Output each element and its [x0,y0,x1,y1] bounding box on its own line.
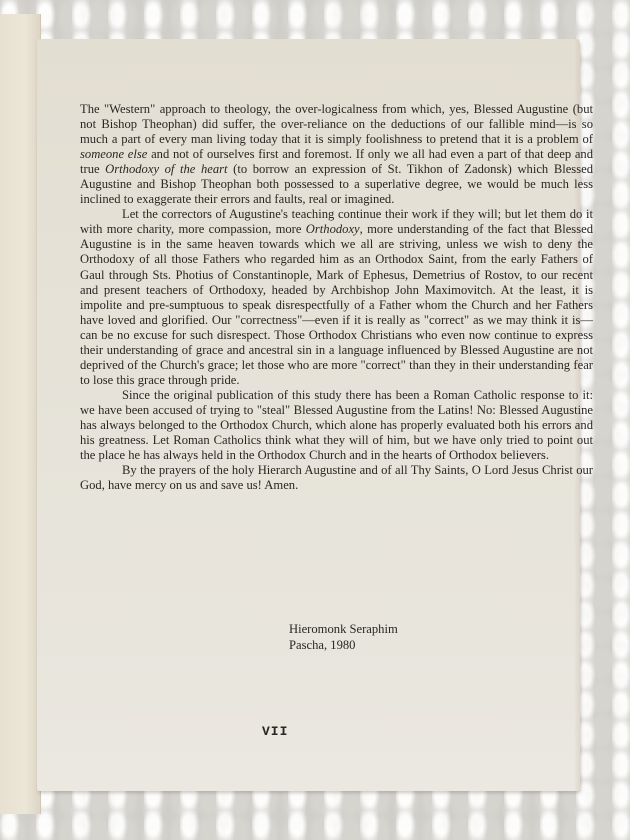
paragraph: By the prayers of the holy Hierarch Augu… [80,463,593,493]
italic-phrase: someone else [80,147,147,161]
signature-block: Hieromonk Seraphim Pascha, 1980 [289,621,398,653]
paragraph: Since the original publication of this s… [80,388,593,463]
text-run: Since the original publication of this s… [80,388,593,462]
italic-phrase: Orthodoxy [306,222,360,236]
text-run: By the prayers of the holy Hierarch Augu… [80,463,593,492]
page-number: VII [262,724,288,739]
italic-phrase: Orthodoxy of the heart [105,162,227,176]
body-text: The "Western" approach to theology, the … [80,102,593,493]
facing-page-edge [0,14,41,814]
signature-name: Hieromonk Seraphim [289,621,398,637]
text-run: , more understanding of the fact that Bl… [80,222,593,386]
paragraph: The "Western" approach to theology, the … [80,102,593,207]
signature-date: Pascha, 1980 [289,637,398,653]
paragraph: Let the correctors of Augustine's teachi… [80,207,593,388]
text-run: The "Western" approach to theology, the … [80,102,593,146]
